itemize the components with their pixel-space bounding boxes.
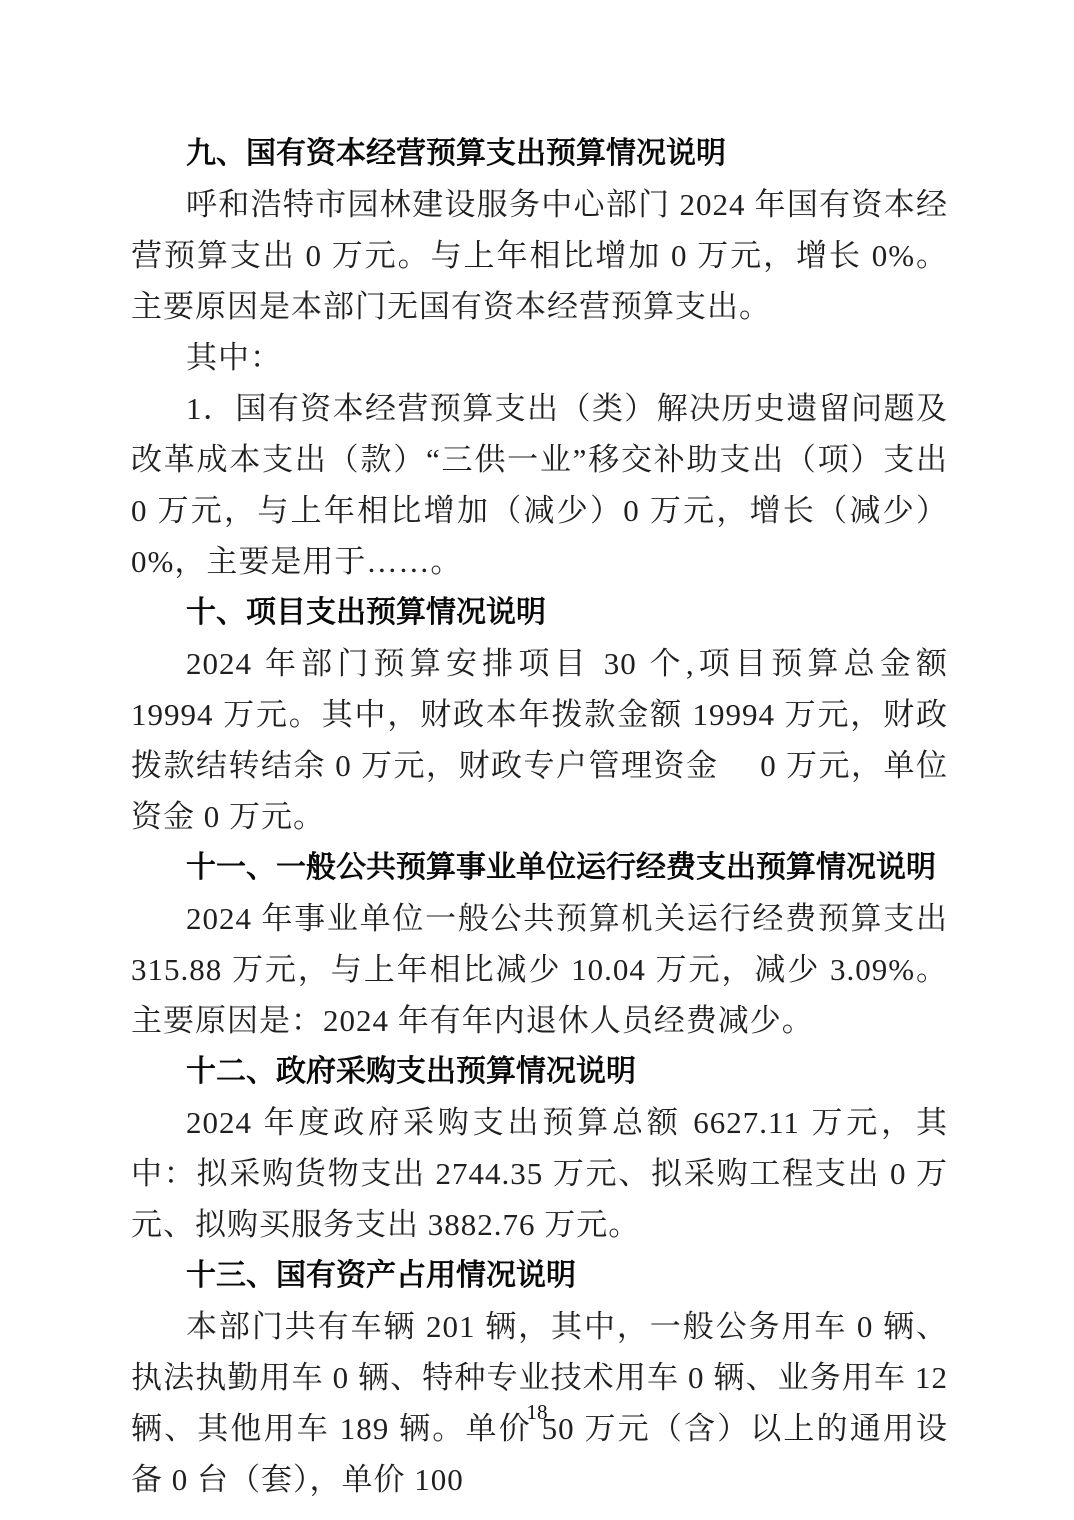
section-12-paragraph-1: 2024 年度政府采购支出预算总额 6627.11 万元，其中：拟采购货物支出 …	[131, 1097, 948, 1250]
page-number: 18	[0, 1400, 1074, 1425]
section-13-heading: 十三、国有资产占用情况说明	[131, 1250, 948, 1301]
section-11-heading: 十一、一般公共预算事业单位运行经费支出预算情况说明	[131, 842, 948, 893]
section-10-paragraph-1: 2024 年部门预算安排项目 30 个,项目预算总金额 19994 万元。其中，…	[131, 638, 948, 842]
section-9: 九、国有资本经营预算支出预算情况说明 呼和浩特市园林建设服务中心部门 2024 …	[131, 128, 948, 587]
section-9-heading: 九、国有资本经营预算支出预算情况说明	[131, 128, 948, 179]
section-12-heading: 十二、政府采购支出预算情况说明	[131, 1046, 948, 1097]
section-11: 十一、一般公共预算事业单位运行经费支出预算情况说明 2024 年事业单位一般公共…	[131, 842, 948, 1046]
section-9-paragraph-2: 其中：	[131, 332, 948, 383]
section-11-paragraph-1: 2024 年事业单位一般公共预算机关运行经费预算支出 315.88 万元，与上年…	[131, 893, 948, 1046]
document-page: 九、国有资本经营预算支出预算情况说明 呼和浩特市园林建设服务中心部门 2024 …	[0, 0, 1074, 1520]
section-13: 十三、国有资产占用情况说明 本部门共有车辆 201 辆，其中，一般公务用车 0 …	[131, 1250, 948, 1505]
section-12: 十二、政府采购支出预算情况说明 2024 年度政府采购支出预算总额 6627.1…	[131, 1046, 948, 1250]
section-9-paragraph-3: 1．国有资本经营预算支出（类）解决历史遗留问题及改革成本支出（款）“三供一业”移…	[131, 383, 948, 587]
section-10-heading: 十、项目支出预算情况说明	[131, 587, 948, 638]
section-9-paragraph-1: 呼和浩特市园林建设服务中心部门 2024 年国有资本经营预算支出 0 万元。与上…	[131, 179, 948, 332]
section-10: 十、项目支出预算情况说明 2024 年部门预算安排项目 30 个,项目预算总金额…	[131, 587, 948, 842]
